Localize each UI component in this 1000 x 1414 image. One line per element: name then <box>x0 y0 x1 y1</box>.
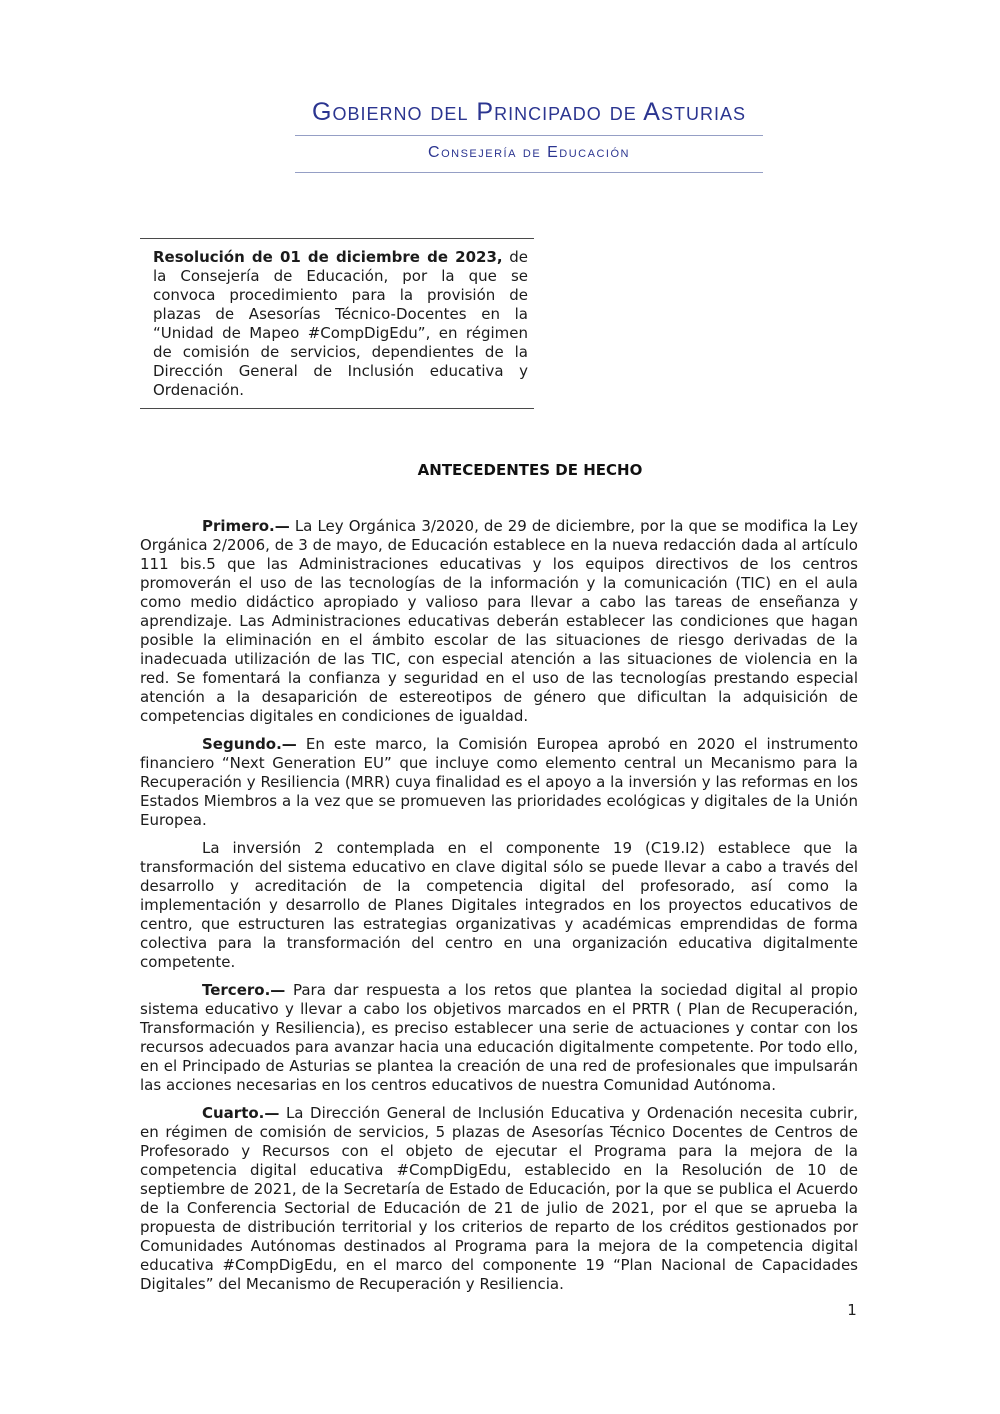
paragraph-primero: Primero.— La Ley Orgánica 3/2020, de 29 … <box>140 517 858 726</box>
paragraph-inversion-text: La inversión 2 contemplada en el compone… <box>140 839 858 971</box>
government-letterhead: Gobierno del Principado de Asturias Cons… <box>295 96 763 173</box>
paragraph-segundo-lead: Segundo.— <box>202 735 297 753</box>
paragraph-cuarto: Cuarto.— La Dirección General de Inclusi… <box>140 1104 858 1294</box>
page-number: 1 <box>840 1301 864 1319</box>
section-heading-antecedentes: ANTECEDENTES DE HECHO <box>140 461 858 480</box>
resolution-summary-lead: Resolución de 01 de diciembre de 2023, <box>153 248 503 266</box>
resolution-summary-box: Resolución de 01 de diciembre de 2023, d… <box>140 238 534 409</box>
department-subtitle: Consejería de Educación <box>295 144 763 173</box>
resolution-summary-text: Resolución de 01 de diciembre de 2023, d… <box>153 248 528 400</box>
paragraph-primero-text: La Ley Orgánica 3/2020, de 29 de diciemb… <box>140 517 858 725</box>
paragraph-tercero: Tercero.— Para dar respuesta a los retos… <box>140 981 858 1095</box>
resolution-summary-body: de la Consejería de Educación, por la qu… <box>153 248 528 399</box>
document-page: Gobierno del Principado de Asturias Cons… <box>0 0 1000 1414</box>
paragraph-inversion: La inversión 2 contemplada en el compone… <box>140 839 858 972</box>
paragraph-cuarto-lead: Cuarto.— <box>202 1104 279 1122</box>
paragraph-cuarto-text: La Dirección General de Inclusión Educat… <box>140 1104 858 1293</box>
paragraph-primero-lead: Primero.— <box>202 517 290 535</box>
document-body: Primero.— La Ley Orgánica 3/2020, de 29 … <box>140 517 858 1303</box>
paragraph-tercero-lead: Tercero.— <box>202 981 285 999</box>
government-title: Gobierno del Principado de Asturias <box>295 96 763 136</box>
paragraph-segundo: Segundo.— En este marco, la Comisión Eur… <box>140 735 858 830</box>
